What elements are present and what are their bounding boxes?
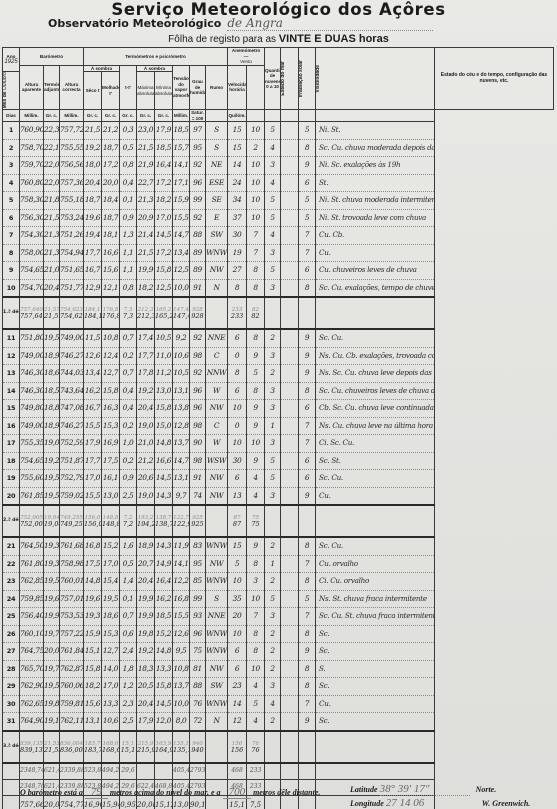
tb-cell: 18,5 (44, 382, 60, 400)
dry-cell: 19,4 (84, 227, 102, 245)
vis-cell: 9 (299, 329, 316, 347)
wet-cell: 19,5 (102, 590, 120, 608)
weather-description: Sc. Cu. (316, 537, 435, 555)
sheet-prefix: Fôlha de registo para as (168, 34, 276, 45)
vis-cell: 6 (299, 262, 316, 280)
wet-cell: 17,2 (102, 157, 120, 175)
weather-description: Sc. Cu. St. chuva fraca intermitente (316, 608, 435, 626)
hum-cell: 72 (190, 713, 206, 731)
min-cell: 15,0 (155, 417, 173, 435)
min-cell: 12,5 (155, 279, 173, 297)
cl-cell: 5 (247, 365, 265, 383)
hum-cell: 88 (190, 678, 206, 696)
sea-cell: 2 (265, 625, 281, 643)
hum-total-cell: 2793 (190, 763, 206, 780)
ink-sum: 122,9 (173, 520, 190, 528)
max-cell: 17,4 (137, 329, 155, 347)
vap-cell: 13,8 (173, 400, 190, 418)
vis-cell: 8 (299, 573, 316, 591)
sea-cell: 3 (265, 608, 281, 626)
visibility-header: Visibilidade (316, 48, 435, 110)
dry-cell: 18,2 (84, 678, 102, 696)
wet-cell: 13,0 (102, 487, 120, 505)
observation-table: Ano1925 Barómetro Termómetros e psicróme… (2, 47, 554, 809)
vis-cell: 6 (299, 174, 316, 192)
cl-cell: 8 (247, 382, 265, 400)
dry-total-cell: 523,8 (84, 763, 102, 780)
hum-cell: 96 (190, 625, 206, 643)
tb-cell: 18,6 (44, 365, 60, 383)
thermometers-header: Termómetros e psicrómetro (84, 48, 228, 66)
max-cell: 21,5 (137, 244, 155, 262)
min-cell: 14,9 (155, 555, 173, 573)
table-row: 24759,8519,6757,0119,619,50,119,916,216,… (3, 590, 554, 608)
latitude-value: 38° 39' 17" (380, 783, 470, 796)
ink-sum: 15,1 (121, 746, 135, 754)
vis-cell: 7 (299, 695, 316, 713)
weather-description: Sc. (316, 625, 435, 643)
sheet-hour: VINTE E DUAS horas (279, 33, 389, 45)
units-row: Dias Millim. Gr. c. Millim. Gr. c. Gr. c… (3, 110, 554, 122)
dry-cell: 21,5 (84, 122, 102, 140)
wet-cell: 15,2 (102, 537, 120, 555)
table-row: 31764,9019,1762,1113,110,62,517,912,08,0… (3, 713, 554, 731)
spd-cell: 8 (228, 365, 247, 383)
day-cell: 12 (3, 347, 20, 365)
table-row: 13746,3018,6744,0313,412,70,717,811,210,… (3, 365, 554, 383)
sea-cell: 2 (265, 660, 281, 678)
tb-cell: 19,5 (44, 470, 60, 488)
min-cell: 10,5 (155, 329, 173, 347)
sea-cell: 3 (265, 347, 281, 365)
vis-cell: 7 (299, 417, 316, 435)
ink-sum: 135,1 (173, 746, 190, 754)
vis-cell: 7 (299, 244, 316, 262)
vap-cell: 12,8 (173, 417, 190, 435)
vis-cell: 8 (299, 537, 316, 555)
anemometer-header: Anemómetro—Vento (228, 48, 265, 66)
max-cell: 23,0 (137, 122, 155, 140)
spd-sum-cell: 156156 (228, 731, 247, 763)
vap-cell: 11,9 (173, 537, 190, 555)
sea-cell: 3 (265, 435, 281, 453)
d-cell: 1,2 (120, 678, 137, 696)
wet-cell: 13,3 (102, 695, 120, 713)
d-cell: 0,5 (120, 139, 137, 157)
min-cell: 14,5 (155, 470, 173, 488)
max-cell: 21,2 (137, 452, 155, 470)
hum-cell: 92 (190, 157, 206, 175)
max-cell: 21,3 (137, 192, 155, 210)
month-header: Mês de Outubro (3, 72, 20, 110)
d-cell: 0,2 (120, 452, 137, 470)
empty-cell (281, 763, 299, 780)
max-sum-cell: 212,3212,3 (137, 297, 155, 329)
cl-sum-cell: 8282 (247, 297, 265, 329)
sea-cell: 5 (265, 470, 281, 488)
dry-cell: 16,7 (84, 262, 102, 280)
weather-description: S. (316, 660, 435, 678)
table-row: 30762,6519,8759,8115,613,32,320,414,510,… (3, 695, 554, 713)
wet-cell: 14,0 (102, 660, 120, 678)
weather-description: Ni. St. chuva moderada intermitente (316, 192, 435, 210)
sol-cell (281, 713, 299, 731)
table-row: 23762,8519,5760,0114,815,41,420,416,412,… (3, 573, 554, 591)
ink-sum: 148,8 (102, 520, 120, 528)
table-row: 20761,8519,5759,0215,513,02,519,014,39,7… (3, 487, 554, 505)
sol-cell (281, 227, 299, 245)
cl-cell: 4 (247, 487, 265, 505)
spd-cell: 6 (228, 382, 247, 400)
wet-cell: 12,7 (102, 365, 120, 383)
sea-cell: 4 (265, 695, 281, 713)
empty-cell (265, 731, 281, 763)
sol-cell (281, 678, 299, 696)
observatory-line: Observatório Meteorológicode Angra (48, 16, 433, 30)
cl-cell: 7 (247, 608, 265, 626)
d-cell: 0,9 (120, 470, 137, 488)
spd-cell: 15 (228, 537, 247, 555)
d-cell: 0,6 (120, 625, 137, 643)
hum-cell: 76 (190, 695, 206, 713)
vap-cell: 13,1 (173, 382, 190, 400)
weather-description: Ci. Cu. orvalho (316, 573, 435, 591)
spd-cell: 0 (228, 417, 247, 435)
d-cell: 1,4 (120, 573, 137, 591)
hum-cell: 75 (190, 643, 206, 661)
sea-cell: 3 (265, 678, 281, 696)
min-cell: 16,4 (155, 573, 173, 591)
ink-sum: 194,2 (137, 520, 155, 528)
max-total-cell (137, 763, 155, 780)
vap-cell: 10,6 (173, 347, 190, 365)
ink-sum: 7,3 (123, 312, 133, 320)
min-sum-cell: 163,9164,9 (155, 731, 173, 763)
day-cell: 22 (3, 555, 20, 573)
wet-sum-cell: 168,6168,6 (102, 731, 120, 763)
hum-cell: 92 (190, 209, 206, 227)
sol-cell (281, 192, 299, 210)
cl-cell: 4 (247, 713, 265, 731)
max-cell: 19,9 (137, 262, 155, 280)
ink-sum: 925 (191, 520, 203, 528)
dir-cell: NNE (206, 329, 228, 347)
app-cell: 749,00 (20, 417, 44, 435)
tb-cell: 19,5 (44, 487, 60, 505)
min-cell: 18,2 (155, 192, 173, 210)
min-cell: 15,8 (155, 262, 173, 280)
dry-sum-cell: 184,1184,1 (84, 297, 102, 329)
dir-cell: W (206, 382, 228, 400)
dir-cell: NW (206, 487, 228, 505)
ink-sum: 164,9 (155, 746, 173, 754)
table-row: 26760,1019,7757,2215,915,30,619,815,212,… (3, 625, 554, 643)
cor-cell: 757,01 (60, 590, 84, 608)
sea-cell: 5 (265, 209, 281, 227)
app-cell: 758,30 (20, 192, 44, 210)
empty-cell (3, 795, 20, 809)
app-cell: 755,35 (20, 435, 44, 453)
vis-cell: 6 (299, 470, 316, 488)
vis-cell: 7 (299, 435, 316, 453)
sea-header: Estado do mar (281, 48, 299, 110)
sea-cell: 5 (265, 452, 281, 470)
spd-sum-cell: 233233 (228, 297, 247, 329)
vap-cell: 10,8 (173, 660, 190, 678)
wet-cell: 16,1 (102, 470, 120, 488)
app-cell: 749,00 (20, 347, 44, 365)
weather-description: Sc. St. (316, 452, 435, 470)
ink-sum: 165,2 (155, 312, 173, 320)
app-cell: 746,30 (20, 365, 44, 383)
tb-cell: 19,2 (44, 452, 60, 470)
day-cell: 23 (3, 573, 20, 591)
ink-sum: 76 (251, 746, 259, 754)
sea-cell: 3 (265, 487, 281, 505)
vap-cell: 10,0 (173, 279, 190, 297)
table-row: 17755,3519,0752,5917,916,91,021,014,813,… (3, 435, 554, 453)
vap-sum-cell: 135,1135,1 (173, 731, 190, 763)
app-cell: 764,75 (20, 643, 44, 661)
weather-description: Ni. Sc. exalações às 19h (316, 157, 435, 175)
vap-cell: 14,1 (173, 555, 190, 573)
sol-cell (281, 400, 299, 418)
day-cell: 18 (3, 452, 20, 470)
dir-cell: S (206, 139, 228, 157)
sol-cell (281, 452, 299, 470)
sea-cell: 3 (265, 157, 281, 175)
dry-header: Sêco t (84, 72, 102, 110)
vap-sum-cell: 147,4147,4 (173, 297, 190, 329)
cl-cell: 10 (247, 174, 265, 192)
d-cell: 0,2 (120, 347, 137, 365)
sea-cell: 4 (265, 227, 281, 245)
table-row: 11751,8019,5749,0011,510,80,717,410,59,2… (3, 329, 554, 347)
vap-sum-cell: 122,7122,9 (173, 505, 190, 537)
tb-total-cell: 621,4 (44, 763, 60, 780)
cl-cell: 3 (247, 573, 265, 591)
register-sheet: Serviço Meteorológico dos Açôres Observa… (0, 0, 557, 809)
dir-cell: WNW (206, 244, 228, 262)
tb-cell: 18,8 (44, 400, 60, 418)
sea-cell: 5 (265, 590, 281, 608)
dry-cell: 15,9 (84, 625, 102, 643)
cor-cell: 761,68 (60, 537, 84, 555)
vap-cell: 10,0 (173, 695, 190, 713)
weather-description: Sc. Cu. chuva moderada depois das 19h (316, 139, 435, 157)
spd-cell: 10 (228, 573, 247, 591)
vis-cell: 9 (299, 713, 316, 731)
day-cell: 1 (3, 122, 20, 140)
ink-sum: 757,640 (20, 312, 44, 320)
tb-cell: 19,3 (44, 555, 60, 573)
empty-cell (281, 297, 299, 329)
max-cell: 20,7 (137, 555, 155, 573)
sol-cell (281, 157, 299, 175)
spd-total-cell: 468 (228, 763, 247, 780)
cor-cell: 761,84 (60, 643, 84, 661)
min-cell: 11,2 (155, 365, 173, 383)
min-cell: 14,5 (155, 227, 173, 245)
app-cell: 754,70 (20, 279, 44, 297)
vap-cell: 15,9 (173, 192, 190, 210)
dir-cell: WNW (206, 643, 228, 661)
ink-sum: 233 (231, 312, 243, 320)
hum-cell: 74 (190, 487, 206, 505)
dir-cell: SE (206, 192, 228, 210)
dry-cell: 17,0 (84, 470, 102, 488)
weather-description: Ci. Sc. Cu. (316, 435, 435, 453)
day-cell: 26 (3, 625, 20, 643)
ink-sum: 147,4 (173, 312, 190, 320)
cor-cell: 747,08 (60, 400, 84, 418)
tb-cell: 21,3 (44, 244, 60, 262)
vap-cell: 17,1 (173, 174, 190, 192)
d-cell: 0,3 (120, 122, 137, 140)
weather-description: Sc. (316, 643, 435, 661)
vap-cell: 9,7 (173, 487, 190, 505)
max-cell: 19,8 (137, 625, 155, 643)
cor-cell: 754,94 (60, 244, 84, 262)
wet-cell: 15,6 (102, 262, 120, 280)
sea-cell: 1 (265, 555, 281, 573)
app-cell: 758,70 (20, 139, 44, 157)
dir-cell: NW (206, 660, 228, 678)
longitude: Longitude 27 14 06W. Greenwich. (350, 797, 530, 809)
min-cell: 18,5 (155, 139, 173, 157)
min-cell: 17,2 (155, 244, 173, 262)
dry-cell: 15,1 (84, 643, 102, 661)
vap-cell: 12,5 (173, 262, 190, 280)
dir-cell: WNW (206, 625, 228, 643)
vis-cell: 8 (299, 382, 316, 400)
vap-cell: 16,8 (173, 590, 190, 608)
day-cell: 2 (3, 139, 20, 157)
table-row: 25756,4019,9753,5319,318,60,719,918,515,… (3, 608, 554, 626)
app-cell: 755,60 (20, 470, 44, 488)
app-cell: 754,30 (20, 227, 44, 245)
spd-cell: 24 (228, 174, 247, 192)
dir-cell: C (206, 417, 228, 435)
wet-cell: 18,7 (102, 209, 120, 227)
dir-cell: N (206, 713, 228, 731)
table-row: 7754,3021,3751,2619,418,11,321,414,514,7… (3, 227, 554, 245)
dir-sum-cell (206, 297, 228, 329)
weather-description: Sc. Cu. exalações, tempo de chuveiros fr… (316, 279, 435, 297)
sea-cell: 4 (265, 174, 281, 192)
cor-cell: 760,06 (60, 678, 84, 696)
spd-cell: 6 (228, 643, 247, 661)
hum-cell: 89 (190, 244, 206, 262)
dir-cell: S (206, 590, 228, 608)
min-cell: 16,2 (155, 590, 173, 608)
vis-cell: 8 (299, 139, 316, 157)
tb-cell: 19,9 (44, 608, 60, 626)
empty-cell (316, 731, 435, 763)
empty-cell (316, 505, 435, 537)
day-cell: 9 (3, 262, 20, 280)
max-cell: 20,9 (137, 209, 155, 227)
vap-cell: 14,1 (173, 157, 190, 175)
max-cell: 19,2 (137, 643, 155, 661)
hum-cell: 96 (190, 174, 206, 192)
dry-cell: 20,4 (84, 174, 102, 192)
dir-cell: NW (206, 262, 228, 280)
app-cell: 756,30 (20, 209, 44, 227)
cor-cell: 755,55 (60, 139, 84, 157)
dry-cell: 19,6 (84, 209, 102, 227)
day-cell: 13 (3, 365, 20, 383)
tb-cell: 22,3 (44, 122, 60, 140)
observatory-name: de Angra (227, 16, 433, 31)
max-cell: 20,4 (137, 400, 155, 418)
d-cell: 0,4 (120, 400, 137, 418)
ink-sum: 183,7 (84, 746, 102, 754)
app-cell: 762,90 (20, 678, 44, 696)
day-cell: 19 (3, 470, 20, 488)
day-cell: 17 (3, 435, 20, 453)
hum-cell: 81 (190, 660, 206, 678)
latitude: Latitude 38° 39' 17"Norte. (350, 783, 496, 796)
diff-header: t-t' (120, 65, 137, 110)
d-cell: 0,8 (120, 279, 137, 297)
spd-cell: 6 (228, 660, 247, 678)
sea-cell: 2 (265, 329, 281, 347)
vis-cell: 7 (299, 608, 316, 626)
tb-cell: 19,5 (44, 678, 60, 696)
min-cell: 13,3 (155, 660, 173, 678)
cl-cell: 9 (247, 400, 265, 418)
dry-cell: 19,2 (84, 139, 102, 157)
min-cell: 16,4 (155, 157, 173, 175)
sea-cell: 3 (265, 382, 281, 400)
vap-cell: 18,5 (173, 122, 190, 140)
vap-cell: 12,6 (173, 625, 190, 643)
dry-cell: 18,7 (84, 192, 102, 210)
hum-cell: 96 (190, 382, 206, 400)
ink-sum: 82 (251, 312, 259, 320)
tb-cell: 18,9 (44, 347, 60, 365)
tb-cell: 19,7 (44, 625, 60, 643)
vap-cell: 9,2 (173, 329, 190, 347)
d-cell: 1,1 (120, 262, 137, 280)
weather-description: Cu. chuveiros leves de chuva (316, 262, 435, 280)
sol-cell (281, 608, 299, 626)
min-cell: 14,3 (155, 487, 173, 505)
cor-cell: 757,36 (60, 174, 84, 192)
hum-cell: 97 (190, 122, 206, 140)
wet-cell: 15,8 (102, 382, 120, 400)
cl-cell: 4 (247, 678, 265, 696)
tb-cell: 21,3 (44, 227, 60, 245)
cor-sum-cell: 754,623754,623 (60, 297, 84, 329)
vis-cell: 9 (299, 487, 316, 505)
vap-cell: 14,7 (173, 227, 190, 245)
wet-cell: 16,6 (102, 244, 120, 262)
tb-cell: 18,9 (44, 417, 60, 435)
max-cell: 19,9 (137, 590, 155, 608)
max-cell: 17,9 (137, 713, 155, 731)
d-cell: 1,3 (120, 227, 137, 245)
decade-summary-row: 3.ª década839,135839,13521,5321,53836,00… (3, 731, 554, 763)
day-cell: 21 (3, 537, 20, 555)
vap-cell: 13,4 (173, 244, 190, 262)
cor-cell: 758,98 (60, 555, 84, 573)
sheet-subtitle: Fôlha de registo para as VINTE E DUAS ho… (0, 33, 557, 45)
d-cell: 0,7 (120, 329, 137, 347)
monthly-total-row: 2348,745621,42339,882523,8494,229,6405,4… (3, 763, 554, 780)
vis-cell: 9 (299, 643, 316, 661)
